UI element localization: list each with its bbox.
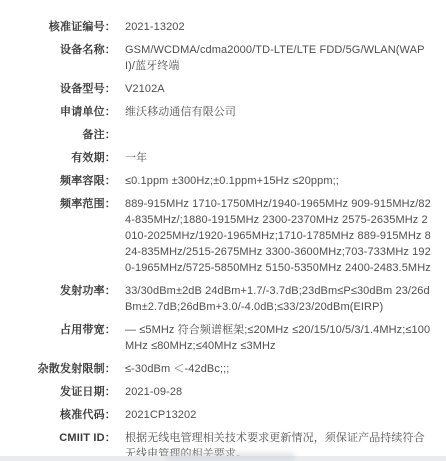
field-value: 889-915MHz 1710-1750MHz/1940-1965MHz 909…	[125, 196, 432, 276]
field-value: ≤-30dBm ＜-42dBc;;;	[125, 361, 432, 377]
field-row-approval-code: 核准代码： 2021CP13202	[0, 407, 432, 423]
field-label: 频率范围：	[0, 196, 116, 212]
field-label: 申请单位：	[0, 104, 116, 120]
field-label: 核准证编号：	[0, 19, 116, 35]
field-value: 维沃移动通信有限公司	[125, 104, 432, 120]
field-row-device-name: 设备名称： GSM/WCDMA/cdma2000/TD-LTE/LTE FDD/…	[0, 42, 432, 74]
field-value: 一年	[125, 150, 432, 166]
field-label: 频率容限：	[0, 173, 116, 189]
field-row-spurious-emission-limit: 杂散发射限制： ≤-30dBm ＜-42dBc;;;	[0, 361, 432, 377]
field-row-approval-number: 核准证编号： 2021-13202	[0, 19, 432, 35]
field-label: 核准代码：	[0, 407, 116, 423]
field-label: 备注：	[0, 127, 116, 143]
field-value: — ≤5MHz 符合频谱框架;≤20MHz ≤20/15/10/5/3/1.4M…	[125, 322, 432, 354]
watermark	[165, 452, 295, 461]
field-row-validity-period: 有效期： 一年	[0, 150, 432, 166]
field-row-transmit-power: 发射功率： 33/30dBm±2dB 24dBm+1.7/-3.7dB;23dB…	[0, 283, 432, 315]
field-row-issue-date: 发证日期： 2021-09-28	[0, 384, 432, 400]
field-row-frequency-tolerance: 频率容限： ≤0.1ppm ±300Hz;±0.1ppm+15Hz ≤20ppm…	[0, 173, 432, 189]
field-value: 2021CP13202	[125, 407, 432, 423]
field-row-remarks: 备注：	[0, 127, 432, 143]
field-label: 设备型号：	[0, 81, 116, 97]
field-value: GSM/WCDMA/cdma2000/TD-LTE/LTE FDD/5G/WLA…	[125, 42, 432, 74]
field-row-device-model: 设备型号： V2102A	[0, 81, 432, 97]
certificate-info-page: { "document": { "rows": [ { "key": "appr…	[0, 0, 446, 461]
field-label: 杂散发射限制：	[0, 361, 116, 377]
field-value: 2021-13202	[125, 19, 432, 35]
field-row-applicant: 申请单位： 维沃移动通信有限公司	[0, 104, 432, 120]
field-label: 发射功率：	[0, 283, 116, 299]
field-label: 占用带宽：	[0, 322, 116, 338]
field-value: ≤0.1ppm ±300Hz;±0.1ppm+15Hz ≤20ppm;;	[125, 173, 432, 189]
field-label: 发证日期：	[0, 384, 116, 400]
field-value: V2102A	[125, 81, 432, 97]
field-value: 2021-09-28	[125, 384, 432, 400]
field-label: 设备名称：	[0, 42, 116, 58]
field-row-occupied-bandwidth: 占用带宽： — ≤5MHz 符合频谱框架;≤20MHz ≤20/15/10/5/…	[0, 322, 432, 354]
certificate-field-table: 核准证编号： 2021-13202 设备名称： GSM/WCDMA/cdma20…	[0, 0, 446, 461]
field-label: CMIIT ID：	[0, 430, 116, 446]
field-value: 33/30dBm±2dB 24dBm+1.7/-3.7dB;23dBm≤P≤30…	[125, 283, 432, 315]
field-label: 有效期：	[0, 150, 116, 166]
field-row-frequency-range: 频率范围： 889-915MHz 1710-1750MHz/1940-1965M…	[0, 196, 432, 276]
